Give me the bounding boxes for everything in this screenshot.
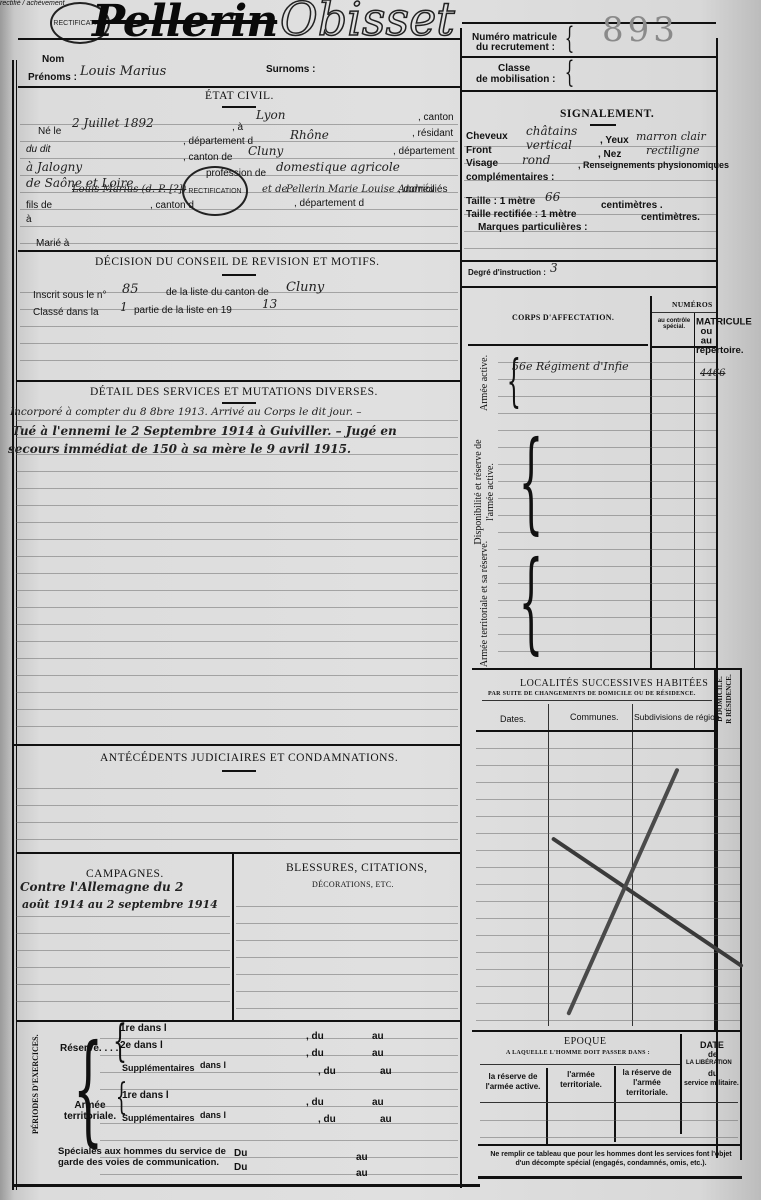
instruction-bottom-line xyxy=(462,286,718,288)
numero-label-2: du recrutement : xyxy=(476,42,555,53)
partie-value: 13 xyxy=(262,297,277,311)
campagnes-divider xyxy=(232,854,234,1020)
epoque-bottom-line xyxy=(478,1144,740,1146)
canton-de-label: , canton de xyxy=(183,152,232,163)
date-sub-4: service militaire. xyxy=(684,1080,739,1087)
services-bottom-line xyxy=(14,744,460,746)
a-jalogny: à Jalogny xyxy=(26,160,82,174)
localites-title: LOCALITÉS SUCCESSIVES HABITÉES xyxy=(520,678,708,689)
inscrit-label: Inscrit sous le n° xyxy=(33,290,106,301)
du-dit: du dit xyxy=(26,144,50,155)
row-4-du: , du xyxy=(306,1097,324,1108)
row-4-label: 1re dans l xyxy=(122,1090,169,1101)
services-line-1: Incorporé à compter du 8 8bre 1913. Arri… xyxy=(10,406,362,418)
localites-bottom-line xyxy=(472,1030,742,1032)
classe-mob-label-1: Classe xyxy=(498,63,530,74)
row-7-au: au xyxy=(356,1168,368,1179)
lieu-naissance-value: Lyon xyxy=(256,108,286,122)
numero-bottom-line xyxy=(462,56,716,58)
epoque-title: EPOQUE xyxy=(564,1036,606,1047)
armee-active-matricule: 4466 xyxy=(700,368,725,379)
cheveux-label: Cheveux xyxy=(466,131,508,142)
departement3-label: , département d xyxy=(294,198,364,209)
ne-le-value: 2 Juillet 1892 xyxy=(72,116,154,130)
territoriale-affect-label: Armée territoriale et sa réserve. xyxy=(479,539,491,669)
row-4-au: au xyxy=(372,1097,384,1108)
row-5-au: au xyxy=(380,1114,392,1125)
epoque-note: Ne remplir ce tableau que pour les homme… xyxy=(484,1150,738,1168)
yeux-label: , Yeux xyxy=(600,135,629,146)
signalement-bottom-line xyxy=(462,260,718,262)
canton-de-value: Cluny xyxy=(248,144,283,158)
localites-subtitle-line xyxy=(482,700,712,701)
marie-label: Marié à xyxy=(36,238,69,249)
blessures-lines xyxy=(236,890,458,1016)
row-7-label: Du xyxy=(234,1162,247,1173)
services-title: DÉTAIL DES SERVICES ET MUTATIONS DIVERSE… xyxy=(90,386,378,398)
blessures-subtitle: DÉCORATIONS, ETC. xyxy=(312,880,394,889)
row-3-du: , du xyxy=(318,1066,336,1077)
etat-civil-title: ÉTAT CIVIL. xyxy=(205,90,274,102)
complementaires-label: complémentaires : xyxy=(466,172,554,183)
campagnes-line-1: Contre l'Allemagne du 2 xyxy=(20,880,183,894)
periodes-side-label: PÉRIODES D'EXERCICES. xyxy=(30,1038,42,1134)
armee-active-value: 56e Régiment d'Infie xyxy=(512,360,629,373)
speciales-label: Spéciales aux hommes du service de garde… xyxy=(58,1146,228,1168)
localites-subtitle: PAR SUITE DE CHANGEMENTS DE DOMICILE OU … xyxy=(488,691,696,697)
signalement-title: SIGNALEMENT. xyxy=(560,108,654,120)
localites-lines xyxy=(476,732,740,1026)
nom-label: Nom xyxy=(42,54,64,65)
classe-brace: { xyxy=(565,58,575,88)
epoque-lines xyxy=(480,1104,738,1140)
reserve-label: Réserve. . . . xyxy=(60,1043,118,1054)
classe-label: Classé dans la xyxy=(33,307,99,318)
departement2-label: , département xyxy=(393,146,455,157)
disponibilite-label: Disponibilité et réserve de l'armée acti… xyxy=(473,427,497,557)
taille-rect-label: Taille rectifiée : 1 mètre xyxy=(466,209,576,220)
blessures-title: BLESSURES, CITATIONS, xyxy=(286,862,428,874)
center-divider xyxy=(460,28,462,1188)
departement-label: , département d xyxy=(183,136,253,147)
mere-label: et de xyxy=(262,184,287,195)
armee-active-label: Armée active. xyxy=(479,361,491,411)
row-6-label: Du xyxy=(234,1148,247,1159)
name-crossed: Pellerin xyxy=(92,0,277,47)
margin-note: rectifié / achèvement xyxy=(0,0,65,7)
territoriale-affect-brace: { xyxy=(519,546,544,656)
marques-label: Marques particulières : xyxy=(478,222,587,233)
antecedents-bottom-line xyxy=(16,852,460,854)
domicilies-label: , domiciliés xyxy=(398,184,447,195)
date-sub-1: de xyxy=(708,1050,717,1059)
stamp-text-2: RECTIFICATION xyxy=(188,188,241,195)
prenoms-value: Louis Marius xyxy=(80,64,166,79)
row-2-du: , du xyxy=(306,1048,324,1059)
yeux-value: marron clair xyxy=(636,130,706,143)
left-border xyxy=(12,60,14,1190)
visage-value: rond xyxy=(522,153,550,167)
antecedents-title: ANTÉCÉDENTS JUDICIAIRES ET CONDAMNATIONS… xyxy=(100,752,398,764)
taille-label: Taille : 1 mètre xyxy=(466,196,535,207)
surnoms-label: Surnoms : xyxy=(266,64,315,75)
renseignements-label: , Renseignements physionomiques xyxy=(578,160,729,170)
revision-title: DÉCISION DU CONSEIL DE REVISION ET MOTIF… xyxy=(95,256,380,268)
disponibilite-brace: { xyxy=(519,426,544,536)
a2-label: à xyxy=(26,214,32,225)
row-1-au: au xyxy=(372,1031,384,1042)
antecedents-lines xyxy=(16,772,458,848)
rectification-stamp-2: RECTIFICATION xyxy=(182,166,248,216)
row-3-au: au xyxy=(380,1066,392,1077)
instruction-value: 3 xyxy=(550,261,558,275)
epoque-col-1: la réserve de l'armée active. xyxy=(482,1072,544,1092)
row-2-au: au xyxy=(372,1048,384,1059)
signalement-underline xyxy=(590,124,616,126)
campagnes-lines xyxy=(16,900,230,1016)
taille-value: 66 xyxy=(545,190,560,204)
localites-col-communes: Communes. xyxy=(570,712,619,722)
cheveux-value: châtains xyxy=(526,124,577,138)
row-3-sub: dans l xyxy=(200,1060,226,1070)
classe-bottom-line xyxy=(462,90,716,92)
fils-de-label: fils de xyxy=(26,200,52,211)
corps-bottom-line xyxy=(472,668,742,670)
date-sub-2: LA LIBÉRATION xyxy=(686,1060,732,1066)
prenoms-label: Prénoms : xyxy=(28,72,77,83)
name-bottom-line xyxy=(18,86,460,88)
front-value: vertical xyxy=(526,138,572,152)
name-new: Obisset xyxy=(280,0,455,46)
bottom-border xyxy=(14,1184,480,1187)
partie-label: partie de la liste en 19 xyxy=(134,305,232,316)
nez-value: rectiligne xyxy=(646,144,700,157)
nez-label: , Nez xyxy=(598,149,621,160)
resident-label: , résidant xyxy=(412,128,453,139)
row-1-label: 1re dans l xyxy=(120,1023,167,1034)
classe-mob-label-2: de mobilisation : xyxy=(476,74,555,85)
epoque-header-line xyxy=(480,1102,738,1103)
instruction-label: Degré d'instruction : xyxy=(468,268,546,277)
row-6-au: au xyxy=(356,1152,368,1163)
epoque-col-3: la réserve de l'armée territoriale. xyxy=(616,1068,678,1098)
right-border-outer xyxy=(740,670,742,1160)
liste-label: de la liste du canton de xyxy=(166,287,269,298)
departement-value: Rhône xyxy=(290,128,329,142)
epoque-subtitle: A LAQUELLE L'HOMME DOIT PASSER DANS : xyxy=(506,1050,650,1056)
campagnes-title: CAMPAGNES. xyxy=(86,868,164,880)
corps-title: CORPS D'AFFECTATION. xyxy=(512,313,614,322)
liste-value: Cluny xyxy=(286,280,324,295)
numero-value: 893 xyxy=(602,10,679,50)
centimetres-label: centimètres . xyxy=(601,200,663,211)
numeros-title: NUMÉROS xyxy=(672,300,712,309)
epoque-col-2: l'armée territoriale. xyxy=(550,1070,612,1090)
visage-label: Visage xyxy=(466,158,498,169)
localites-col-subdivisions: Subdivisions de région xyxy=(634,712,720,722)
row-3-label: Supplémentaires xyxy=(122,1063,195,1073)
date-title: DATE xyxy=(700,1040,724,1050)
right-bottom-border xyxy=(478,1176,742,1179)
pere-crossed: Louis Marius (d. P. [?]) xyxy=(72,184,186,195)
classe-value: 1 xyxy=(120,300,128,314)
services-line-3: secours immédiat de 150 à sa mère le 9 a… xyxy=(8,442,351,456)
canton-label: , canton xyxy=(418,112,454,123)
revision-bottom-line xyxy=(16,380,460,382)
centimetres2-label: centimètres. xyxy=(641,212,700,223)
numeros-line xyxy=(652,312,716,313)
epoque-line xyxy=(480,1064,680,1065)
services-line-2: Tué à l'ennemi le 2 Septembre 1914 à Gui… xyxy=(12,424,397,438)
row-5-label: Supplémentaires xyxy=(122,1113,195,1123)
etat-civil-bottom-line xyxy=(18,250,460,252)
front-label: Front xyxy=(466,145,492,156)
row-2-label: 2e dans l xyxy=(120,1040,163,1051)
territoriale-label: Armée territoriale. xyxy=(62,1100,118,1122)
inscrit-value: 85 xyxy=(122,282,139,297)
numero-brace: { xyxy=(565,24,575,54)
localites-col-dates: Dates. xyxy=(500,714,526,724)
row-5-sub: dans l xyxy=(200,1110,226,1120)
a-label: , à xyxy=(232,122,243,133)
ne-le-label: Né le xyxy=(38,126,61,137)
row-1-du: , du xyxy=(306,1031,324,1042)
date-sub-3: du xyxy=(708,1069,718,1078)
military-register-page: rectifié / achèvement RECTIFICATION Pell… xyxy=(0,0,761,1200)
row-5-du: , du xyxy=(318,1114,336,1125)
controle-label: au contrôle spécial. xyxy=(654,318,694,330)
profession-value: domestique agricole xyxy=(276,160,400,174)
